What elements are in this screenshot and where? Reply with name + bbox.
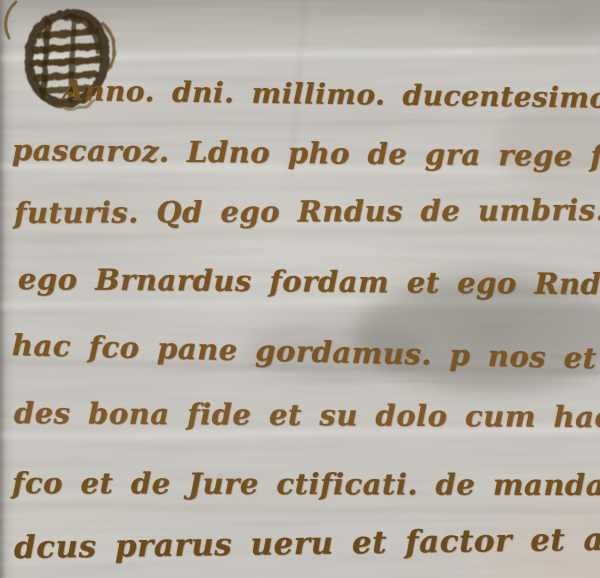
manuscript-line-8: dcus prarus ueru et factor et ab ust — [14, 520, 600, 566]
manuscript-line-6: des bona fide et su dolo cum hac ca — [14, 396, 600, 435]
manuscript-line-3: futuris. Qd ego Rndus de umbris. et eg — [14, 192, 600, 230]
parchment-photo: Anno. dni. millimo. ducentesimo. lxxx. a… — [0, 0, 600, 578]
manuscript-line-7: fco et de Jure ctificati. de mandato et — [12, 466, 600, 502]
manuscript-line-5: hac fco pane gordamus. p nos et nros fi — [12, 328, 600, 378]
pen-flourish-icon — [0, 0, 60, 60]
manuscript-line-2: pascaroz. Ldno pho de gra rege francor r — [12, 133, 600, 175]
manuscript-line-4: ego Brnardus fordam et ego Rndus — [18, 262, 600, 301]
manuscript-line-1: Anno. dni. millimo. ducentesimo. lxxx. a… — [62, 74, 600, 117]
